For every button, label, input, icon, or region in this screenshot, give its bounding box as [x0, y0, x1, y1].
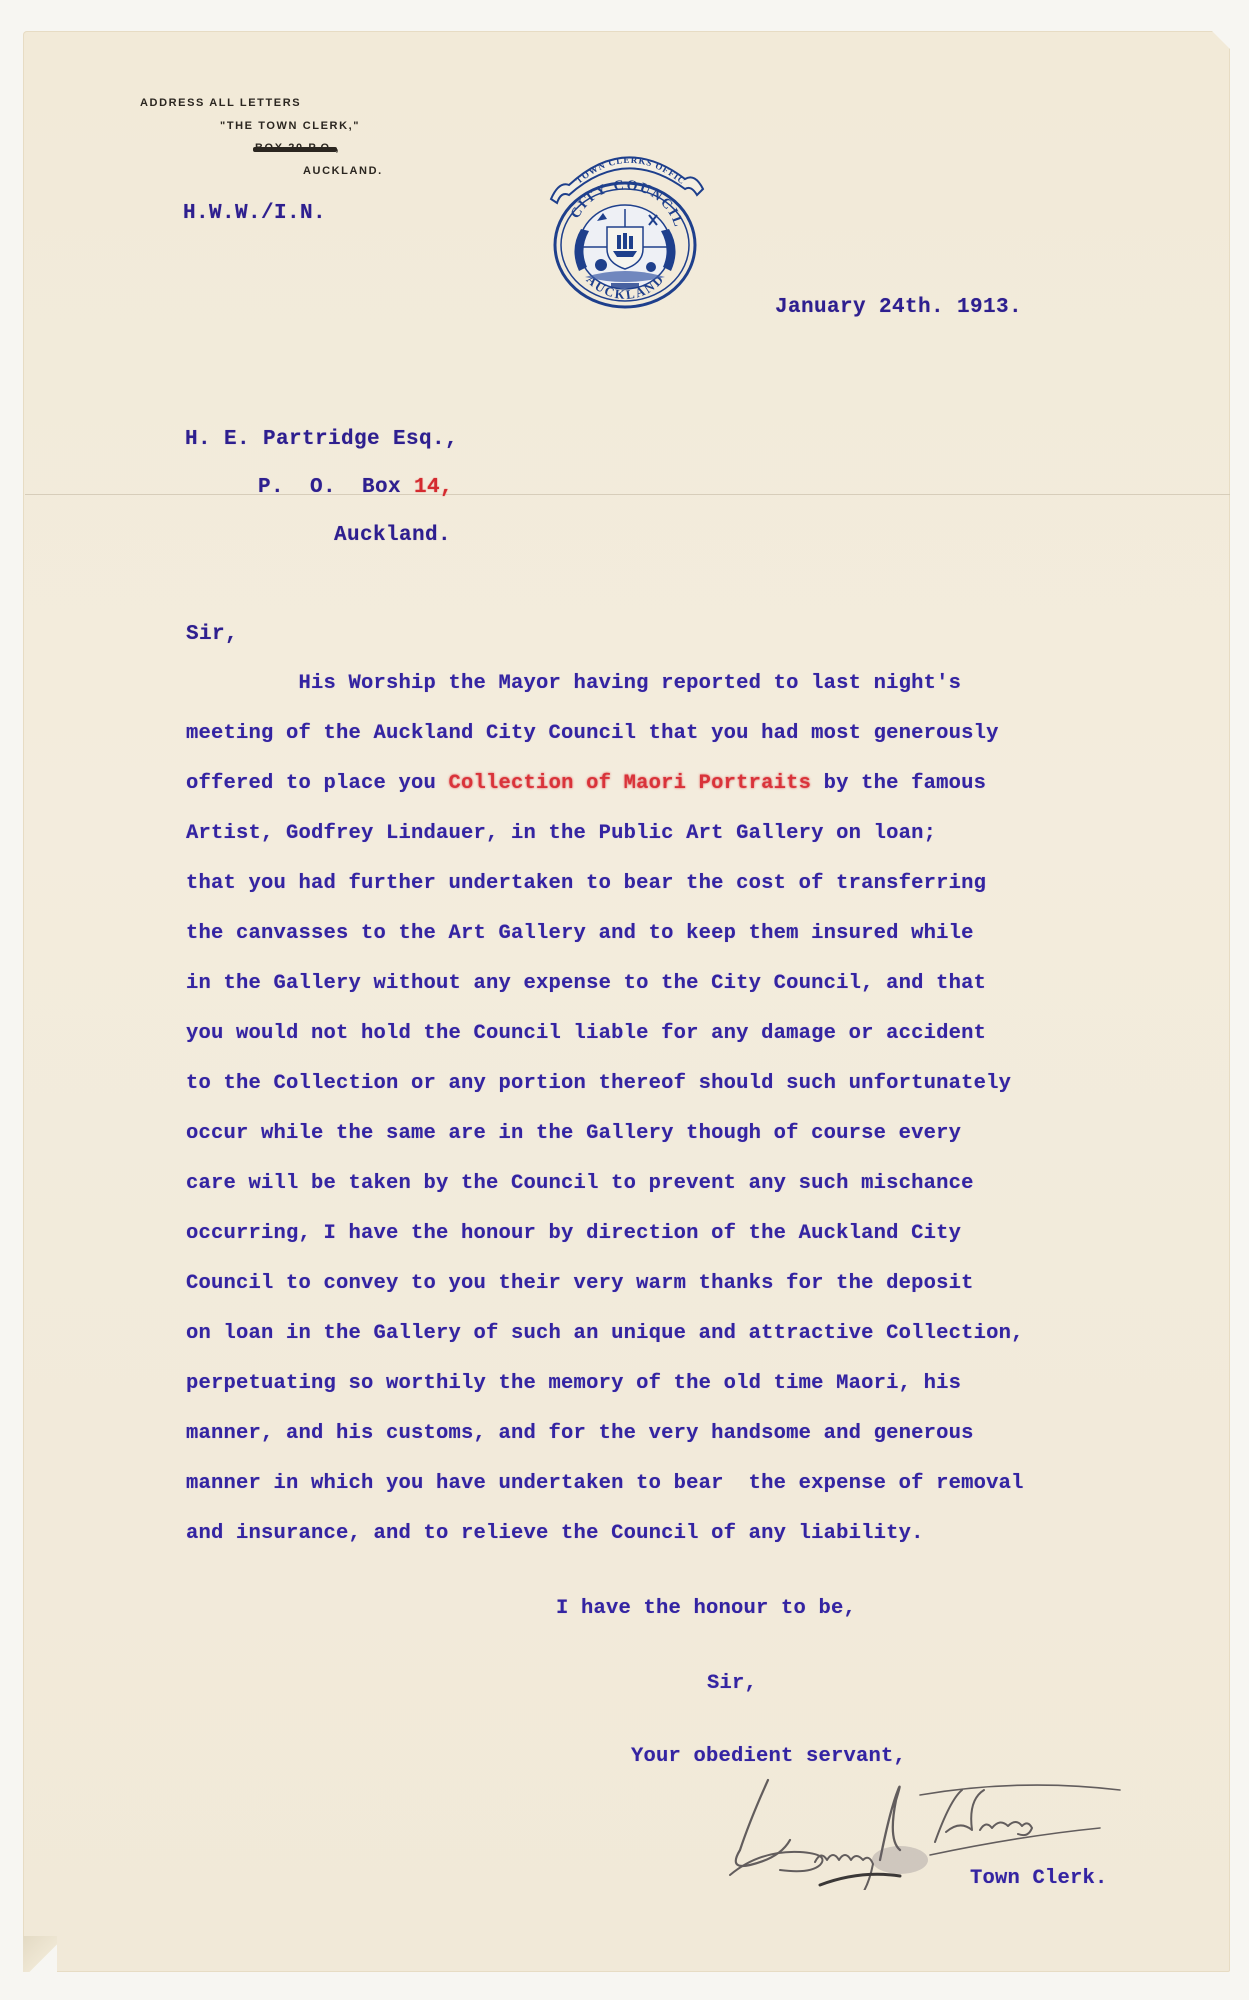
body-line: occurring, I have the honour by directio… [186, 1222, 961, 1245]
body-line: and insurance, and to relieve the Counci… [186, 1522, 924, 1545]
letter-paper [23, 31, 1230, 1972]
body-line: manner in which you have undertaken to b… [186, 1472, 1024, 1495]
body-line: perpetuating so worthily the memory of t… [186, 1372, 961, 1395]
letterhead-line-3: BOX 20 P.O., [255, 142, 340, 154]
folded-corner-top-right [1212, 31, 1230, 49]
folded-corner-bottom-left [23, 1936, 57, 1972]
body-line: on loan in the Gallery of such an unique… [186, 1322, 1024, 1345]
body-line: Council to convey to you their very warm… [186, 1272, 974, 1295]
body-line: offered to place you Collection of Maori… [186, 772, 986, 795]
body-line: the canvasses to the Art Gallery and to … [186, 922, 974, 945]
letterhead-line-1: ADDRESS ALL LETTERS [140, 97, 301, 109]
city-council-seal-icon: TOWN CLERKS OFFICE CITY COUNCIL AUCKLAND [545, 137, 705, 309]
recipient-po-box: P. O. Box 14, [258, 476, 453, 499]
body-line: to the Collection or any portion thereof… [186, 1072, 1011, 1095]
fold-crease [25, 494, 1230, 495]
closing-line-1: I have the honour to be, [556, 1597, 856, 1620]
closing-line-3: Your obedient servant, [631, 1745, 906, 1768]
letter-date: January 24th. 1913. [775, 296, 1022, 319]
struck-address: BOX 20 P.O. [255, 142, 335, 154]
recipient-city: Auckland. [334, 524, 451, 547]
body-line: occur while the same are in the Gallery … [186, 1122, 961, 1145]
reference-code: H.W.W./I.N. [183, 202, 326, 225]
body-line: manner, and his customs, and for the ver… [186, 1422, 974, 1445]
recipient-name: H. E. Partridge Esq., [185, 428, 458, 451]
body-line: care will be taken by the Council to pre… [186, 1172, 974, 1195]
body-line: His Worship the Mayor having reported to… [186, 672, 961, 695]
signatory-title: Town Clerk. [970, 1867, 1108, 1890]
closing-line-2: Sir, [707, 1672, 757, 1695]
body-line: that you had further undertaken to bear … [186, 872, 986, 895]
body-line: in the Gallery without any expense to th… [186, 972, 986, 995]
letterhead-line-4: AUCKLAND. [303, 165, 383, 177]
body-line: Artist, Godfrey Lindauer, in the Public … [186, 822, 936, 845]
letterhead-line-2: "THE TOWN CLERK," [220, 120, 360, 132]
body-line: meeting of the Auckland City Council tha… [186, 722, 999, 745]
po-box-number: 14, [414, 476, 453, 499]
highlighted-collection-title: Collection of Maori Portraits [449, 772, 812, 795]
salutation: Sir, [186, 623, 238, 646]
body-line: you would not hold the Council liable fo… [186, 1022, 986, 1045]
